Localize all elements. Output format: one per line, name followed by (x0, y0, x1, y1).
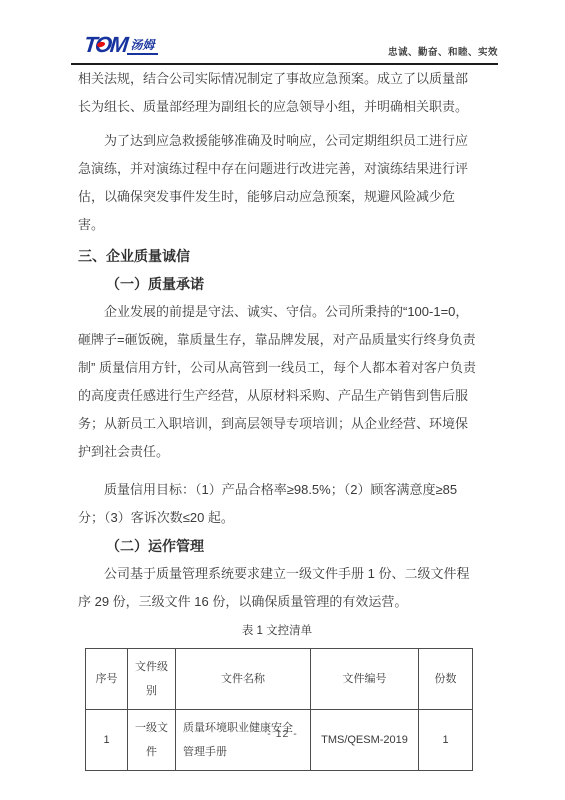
cell-serial: 1 (86, 710, 128, 771)
col-header-number: 文件编号 (311, 649, 419, 710)
subheading-quality-promise: （一）质量承诺 (78, 270, 476, 298)
cell-name: 质量环境职业健康安全管理手册 (176, 710, 311, 771)
company-logo: TOM 汤姆 (84, 34, 158, 60)
cell-number: TMS/QESM-2019 (311, 710, 419, 771)
table-header-row: 序号 文件级别 文件名称 文件编号 份数 (86, 649, 473, 710)
document-page: TOM 汤姆 忠诚、勤奋、和睦、实效 相关法规，结合公司实际情况制定了事故应急预… (0, 0, 565, 800)
paragraph-emergency-plan: 相关法规，结合公司实际情况制定了事故应急预案。成立了以质量部长为组长、质量部经理… (78, 65, 476, 121)
col-header-level: 文件级别 (128, 649, 176, 710)
logo-latin-text: TOM (83, 34, 128, 56)
paragraph-quality-policy: 企业发展的前提是守法、诚实、守信。公司所秉持的“100-1=0，砸牌子=砸饭碗，… (78, 298, 476, 466)
cell-copies: 1 (419, 710, 473, 771)
document-control-table: 序号 文件级别 文件名称 文件编号 份数 1 一级文件 质量环境职业健康安全管理… (85, 648, 473, 771)
paragraph-document-system: 公司基于质量管理系统要求建立一级文件手册 1 份、二级文件程序 29 份，三级文… (78, 560, 476, 616)
logo-chinese-text: 汤姆 (127, 39, 157, 55)
page-header: TOM 汤姆 忠诚、勤奋、和睦、实效 (71, 0, 498, 65)
heading-quality-integrity: 三、企业质量诚信 (78, 242, 476, 270)
paragraph-quality-goals: 质量信用目标：（1）产品合格率≥98.5%；（2）顾客满意度≥85 分；（3）客… (78, 476, 476, 532)
paragraph-emergency-drill: 为了达到应急救援能够准确及时响应，公司定期组织员工进行应急演练，并对演练过程中存… (78, 127, 476, 239)
table-row: 1 一级文件 质量环境职业健康安全管理手册 TMS/QESM-2019 1 (86, 710, 473, 771)
document-body: 相关法规，结合公司实际情况制定了事故应急预案。成立了以质量部长为组长、质量部经理… (78, 65, 476, 771)
table-caption: 表 1 文控清单 (78, 618, 476, 644)
col-header-copies: 份数 (419, 649, 473, 710)
col-header-serial: 序号 (86, 649, 128, 710)
col-header-name: 文件名称 (176, 649, 311, 710)
page-number: - 12 - (0, 728, 565, 740)
subheading-operation-management: （二）运作管理 (78, 532, 476, 560)
cell-level: 一级文件 (128, 710, 176, 771)
company-slogan: 忠诚、勤奋、和睦、实效 (388, 44, 498, 58)
